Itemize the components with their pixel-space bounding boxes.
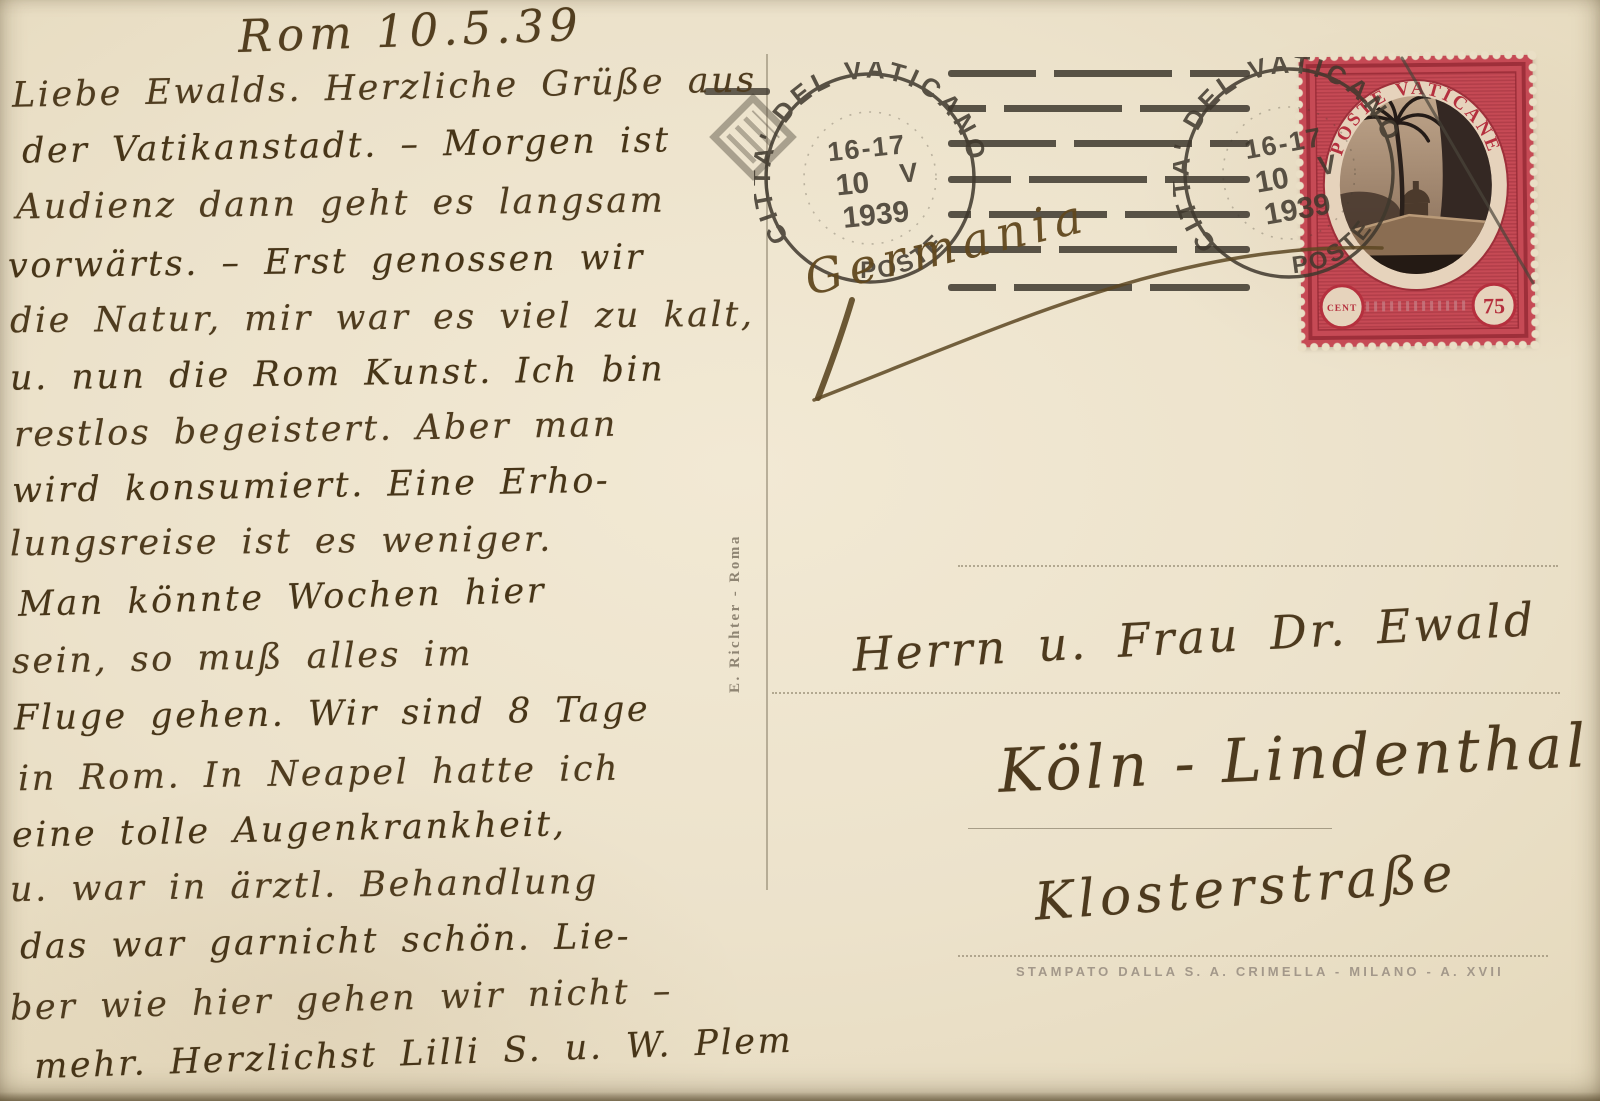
message-line: vorwärts. – Erst genossen wir [8, 238, 645, 287]
postmark-left-day: 10 [834, 166, 871, 202]
message-line: u. nun die Rom Kunst. Ich bin [10, 349, 666, 398]
message-line: Fluge gehen. Wir sind 8 Tage [14, 690, 651, 739]
message-line: ber wie hier gehen wir nicht – [10, 971, 674, 1028]
handwritten-date: Rom 10.5.39 [237, 0, 583, 63]
message-line: sein, so muß alles im [12, 634, 474, 682]
address-rule-dotted [772, 692, 1560, 694]
message-line: Audienz dann geht es langsam [16, 181, 666, 228]
message-line: Man könnte Wochen hier [18, 571, 547, 625]
postmark-left-month: V [898, 157, 919, 189]
message-line: u. war in ärztl. Behandlung [10, 862, 599, 910]
address-rule-dotted [958, 955, 1548, 957]
postcard-back: Rom 10.5.39 Liebe Ewalds. Herzliche Grüß… [0, 0, 1600, 1101]
stamp-perforation-right [1527, 51, 1540, 349]
message-line: das war garnicht schön. Lie- [20, 917, 632, 968]
message-line: die Natur, mir war es viel zu kalt, [10, 295, 755, 341]
stamp-perforation-bottom [1297, 340, 1539, 353]
message-line: in Rom. In Neapel hatte ich [18, 749, 621, 800]
postmark-right-time: 16-17 [1242, 122, 1325, 165]
message-line: eine tolle Augenkrankheit, [12, 804, 567, 856]
postmark-right: CITTA' DEL VATICANO POSTE 16-17 10 V 193… [1173, 57, 1405, 289]
stamp-denomination: 75 [1483, 293, 1505, 318]
address-city: Köln - Lindenthal [997, 711, 1591, 807]
postmark-right-month: V [1316, 149, 1339, 182]
printer-imprint: STAMPATO DALLA S. A. CRIMELLA - MILANO -… [950, 964, 1570, 979]
address-rule-dotted [958, 565, 1558, 567]
address-recipient: Herrn u. Frau Dr. Ewald [851, 592, 1538, 682]
postmark-left-time: 16-17 [826, 129, 908, 167]
message-block: Liebe Ewalds. Herzliche Grüße aus der Va… [8, 60, 778, 1100]
card-bottom-edge [0, 1092, 1600, 1101]
message-line-signature: mehr. Herzlichst Lilli S. u. W. Plem [34, 1021, 794, 1087]
address-rule-solid [968, 828, 1332, 829]
message-line: restlos begeistert. Aber man [14, 405, 618, 456]
stamp-cent-label: CENT [1327, 304, 1358, 314]
message-line: der Vatikanstadt. – Morgen ist [22, 120, 671, 171]
message-line: wird konsumiert. Eine Erho- [12, 461, 611, 511]
message-line: Liebe Ewalds. Herzliche Grüße aus [12, 60, 757, 116]
address-street: Klosterstraße [1032, 843, 1459, 932]
message-line: lungsreise ist es weniger. [10, 520, 553, 565]
